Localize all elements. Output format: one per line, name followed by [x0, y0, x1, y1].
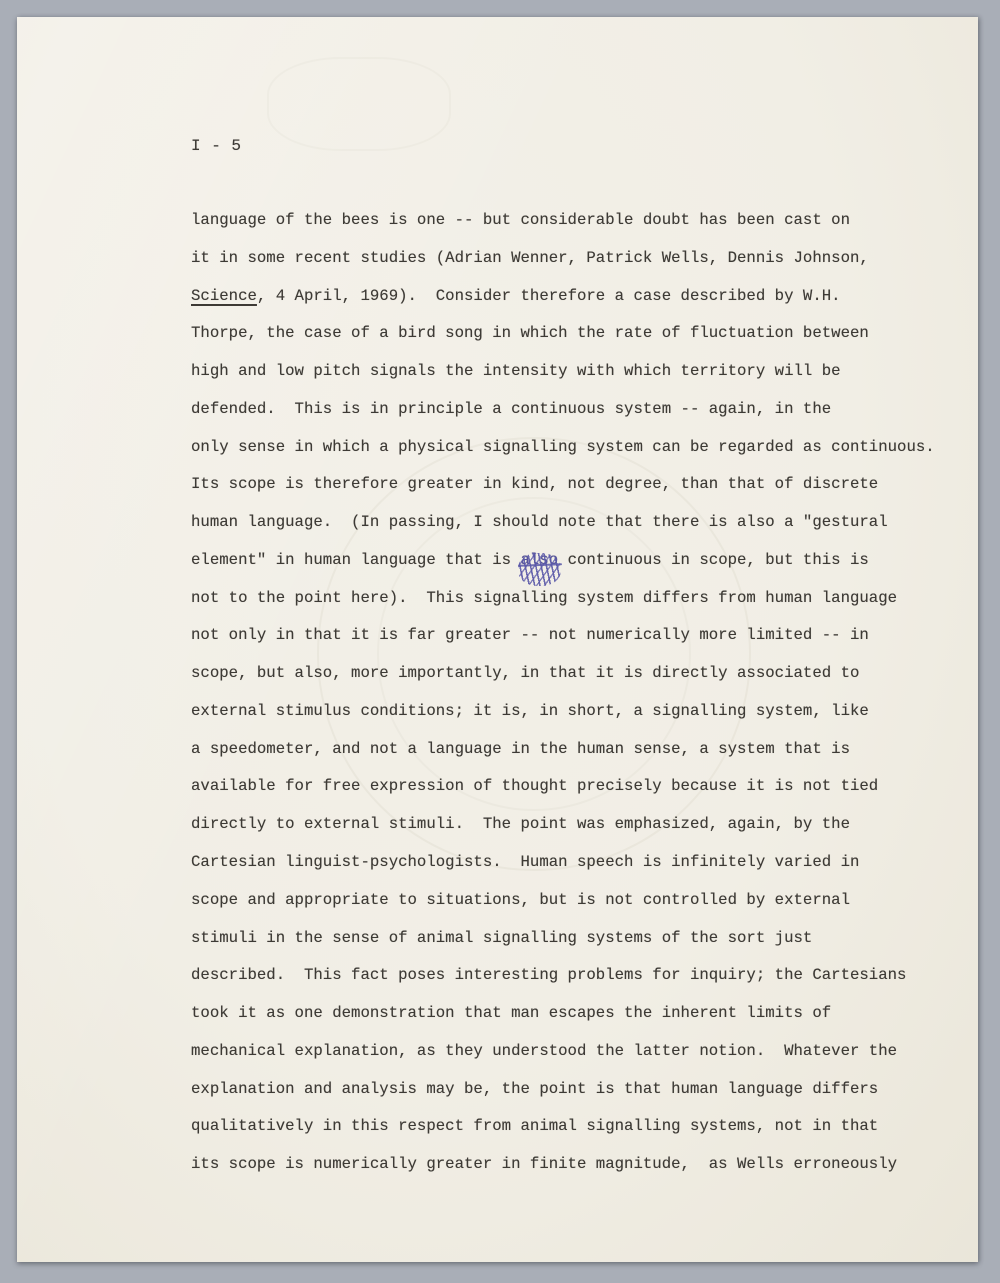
text-line: explanation and analysis may be, the poi… [191, 1071, 968, 1109]
text-line: took it as one demonstration that man es… [191, 995, 968, 1033]
text-segment: human language. (In passing, I should no… [191, 513, 888, 531]
text-line: mechanical explanation, as they understo… [191, 1033, 968, 1071]
text-segment: only sense in which a physical signallin… [191, 438, 935, 456]
text-segment: it in some recent studies (Adrian Wenner… [191, 249, 869, 267]
handwritten-strikeout: also [521, 542, 559, 580]
paper-showthrough-mark [267, 57, 451, 151]
text-segment: described. This fact poses interesting p… [191, 966, 906, 984]
text-segment: continuous in scope, but this is [558, 551, 869, 569]
text-segment: took it as one demonstration that man es… [191, 1004, 831, 1022]
text-line: its scope is numerically greater in fini… [191, 1146, 968, 1184]
text-segment: , 4 April, 1969). Consider therefore a c… [257, 287, 841, 305]
text-segment: mechanical explanation, as they understo… [191, 1042, 897, 1060]
text-line: a speedometer, and not a language in the… [191, 731, 968, 769]
text-segment: element" in human language that is [191, 551, 521, 569]
text-line: Cartesian linguist-psychologists. Human … [191, 844, 968, 882]
typewritten-page: I - 5 language of the bees is one -- but… [17, 17, 978, 1262]
text-segment: not only in that it is far greater -- no… [191, 626, 869, 644]
underlined-citation: Science [191, 287, 257, 305]
text-line: not to the point here). This signalling … [191, 580, 968, 618]
text-segment: available for free expression of thought… [191, 777, 878, 795]
text-line: scope and appropriate to situations, but… [191, 882, 968, 920]
text-line: it in some recent studies (Adrian Wenner… [191, 240, 968, 278]
text-segment: language of the bees is one -- but consi… [191, 211, 850, 229]
text-line: only sense in which a physical signallin… [191, 429, 968, 467]
text-segment: a speedometer, and not a language in the… [191, 740, 850, 758]
text-segment: scope, but also, more importantly, in th… [191, 664, 859, 682]
text-segment: Thorpe, the case of a bird song in which… [191, 324, 869, 342]
scan-background: I - 5 language of the bees is one -- but… [0, 0, 1000, 1283]
text-line: external stimulus conditions; it is, in … [191, 693, 968, 731]
text-segment: explanation and analysis may be, the poi… [191, 1080, 878, 1098]
text-line: directly to external stimuli. The point … [191, 806, 968, 844]
text-segment: Its scope is therefore greater in kind, … [191, 475, 878, 493]
text-segment: scope and appropriate to situations, but… [191, 891, 850, 909]
text-segment: not to the point here). This signalling … [191, 589, 897, 607]
text-line: not only in that it is far greater -- no… [191, 617, 968, 655]
text-segment: its scope is numerically greater in fini… [191, 1155, 897, 1173]
text-line: Thorpe, the case of a bird song in which… [191, 315, 968, 353]
text-line: defended. This is in principle a continu… [191, 391, 968, 429]
text-line: human language. (In passing, I should no… [191, 504, 968, 542]
text-segment: qualitatively in this respect from anima… [191, 1117, 878, 1135]
text-segment: Cartesian linguist-psychologists. Human … [191, 853, 859, 871]
text-segment: directly to external stimuli. The point … [191, 815, 850, 833]
text-segment: stimuli in the sense of animal signallin… [191, 929, 812, 947]
text-line: available for free expression of thought… [191, 768, 968, 806]
text-line: described. This fact poses interesting p… [191, 957, 968, 995]
text-line: element" in human language that is also … [191, 542, 968, 580]
text-segment: high and low pitch signals the intensity… [191, 362, 841, 380]
page-number: I - 5 [191, 131, 242, 161]
text-line: qualitatively in this respect from anima… [191, 1108, 968, 1146]
text-line: stimuli in the sense of animal signallin… [191, 920, 968, 958]
body-lines: language of the bees is one -- but consi… [191, 202, 968, 1184]
text-line: Its scope is therefore greater in kind, … [191, 466, 968, 504]
text-segment: external stimulus conditions; it is, in … [191, 702, 869, 720]
text-line: language of the bees is one -- but consi… [191, 202, 968, 240]
text-line: high and low pitch signals the intensity… [191, 353, 968, 391]
text-line: scope, but also, more importantly, in th… [191, 655, 968, 693]
text-line: Science, 4 April, 1969). Consider theref… [191, 278, 968, 316]
text-segment: defended. This is in principle a continu… [191, 400, 831, 418]
